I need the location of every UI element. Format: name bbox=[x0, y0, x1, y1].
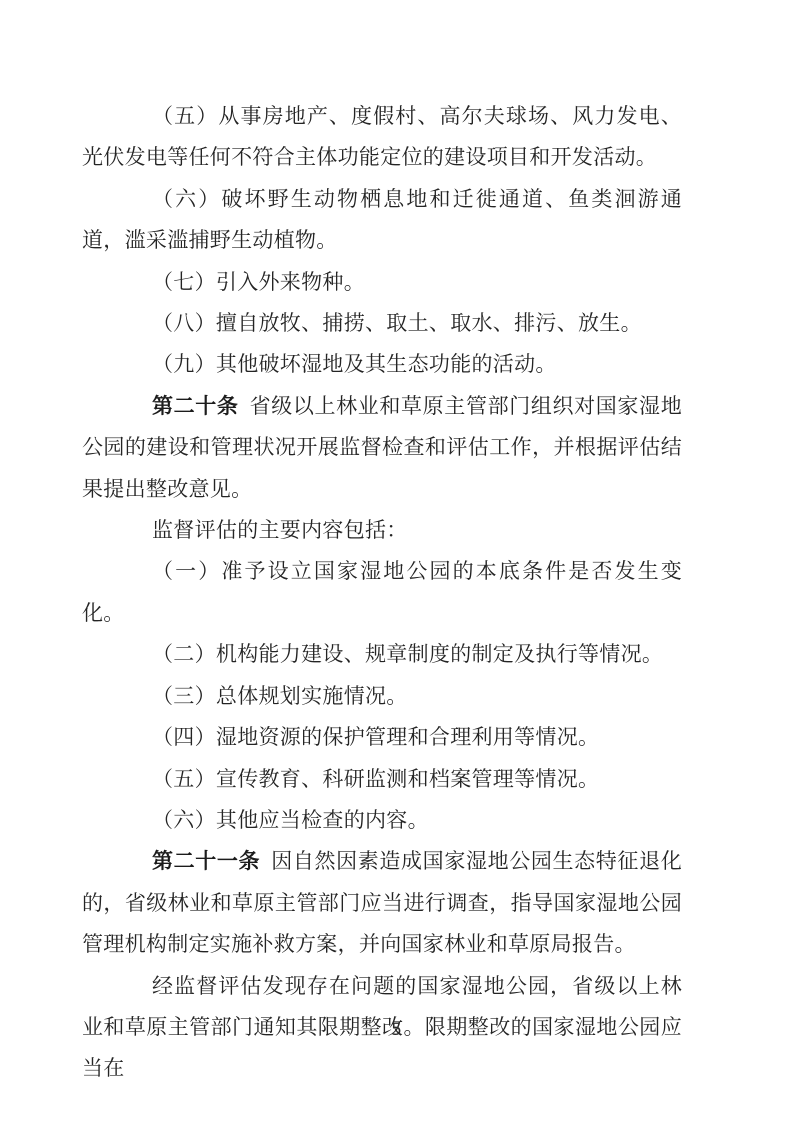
paragraph: （八）擅自放牧、捕捞、取土、取水、排污、放生。 bbox=[82, 303, 682, 344]
paragraph: 第二十一条因自然因素造成国家湿地公园生态特征退化的，省级林业和草原主管部门应当进… bbox=[82, 841, 682, 965]
page-number: 5 bbox=[391, 1020, 402, 1040]
paragraph: （一）准予设立国家湿地公园的本底条件是否发生变化。 bbox=[82, 551, 682, 634]
document-page: （五）从事房地产、度假村、高尔夫球场、风力发电、光伏发电等任何不符合主体功能定位… bbox=[0, 0, 793, 1122]
article-number: 第二十条 bbox=[152, 394, 239, 418]
document-body: （五）从事房地产、度假村、高尔夫球场、风力发电、光伏发电等任何不符合主体功能定位… bbox=[82, 96, 682, 1090]
page-footer: 5 bbox=[0, 1020, 793, 1040]
article-number: 第二十一条 bbox=[152, 849, 260, 873]
paragraph: （九）其他破坏湿地及其生态功能的活动。 bbox=[82, 344, 682, 385]
paragraph: （五）从事房地产、度假村、高尔夫球场、风力发电、光伏发电等任何不符合主体功能定位… bbox=[82, 96, 682, 179]
paragraph: 监督评估的主要内容包括： bbox=[82, 510, 682, 551]
paragraph: （六）破坏野生动物栖息地和迁徙通道、鱼类洄游通道，滥采滥捕野生动植物。 bbox=[82, 179, 682, 262]
paragraph: （七）引入外来物种。 bbox=[82, 262, 682, 303]
paragraph: （四）湿地资源的保护管理和合理利用等情况。 bbox=[82, 717, 682, 758]
paragraph: （三）总体规划实施情况。 bbox=[82, 676, 682, 717]
paragraph: （六）其他应当检查的内容。 bbox=[82, 800, 682, 841]
paragraph: （二）机构能力建设、规章制度的制定及执行等情况。 bbox=[82, 634, 682, 675]
paragraph: 第二十条省级以上林业和草原主管部门组织对国家湿地公园的建设和管理状况开展监督检查… bbox=[82, 386, 682, 510]
paragraph: （五）宣传教育、科研监测和档案管理等情况。 bbox=[82, 759, 682, 800]
